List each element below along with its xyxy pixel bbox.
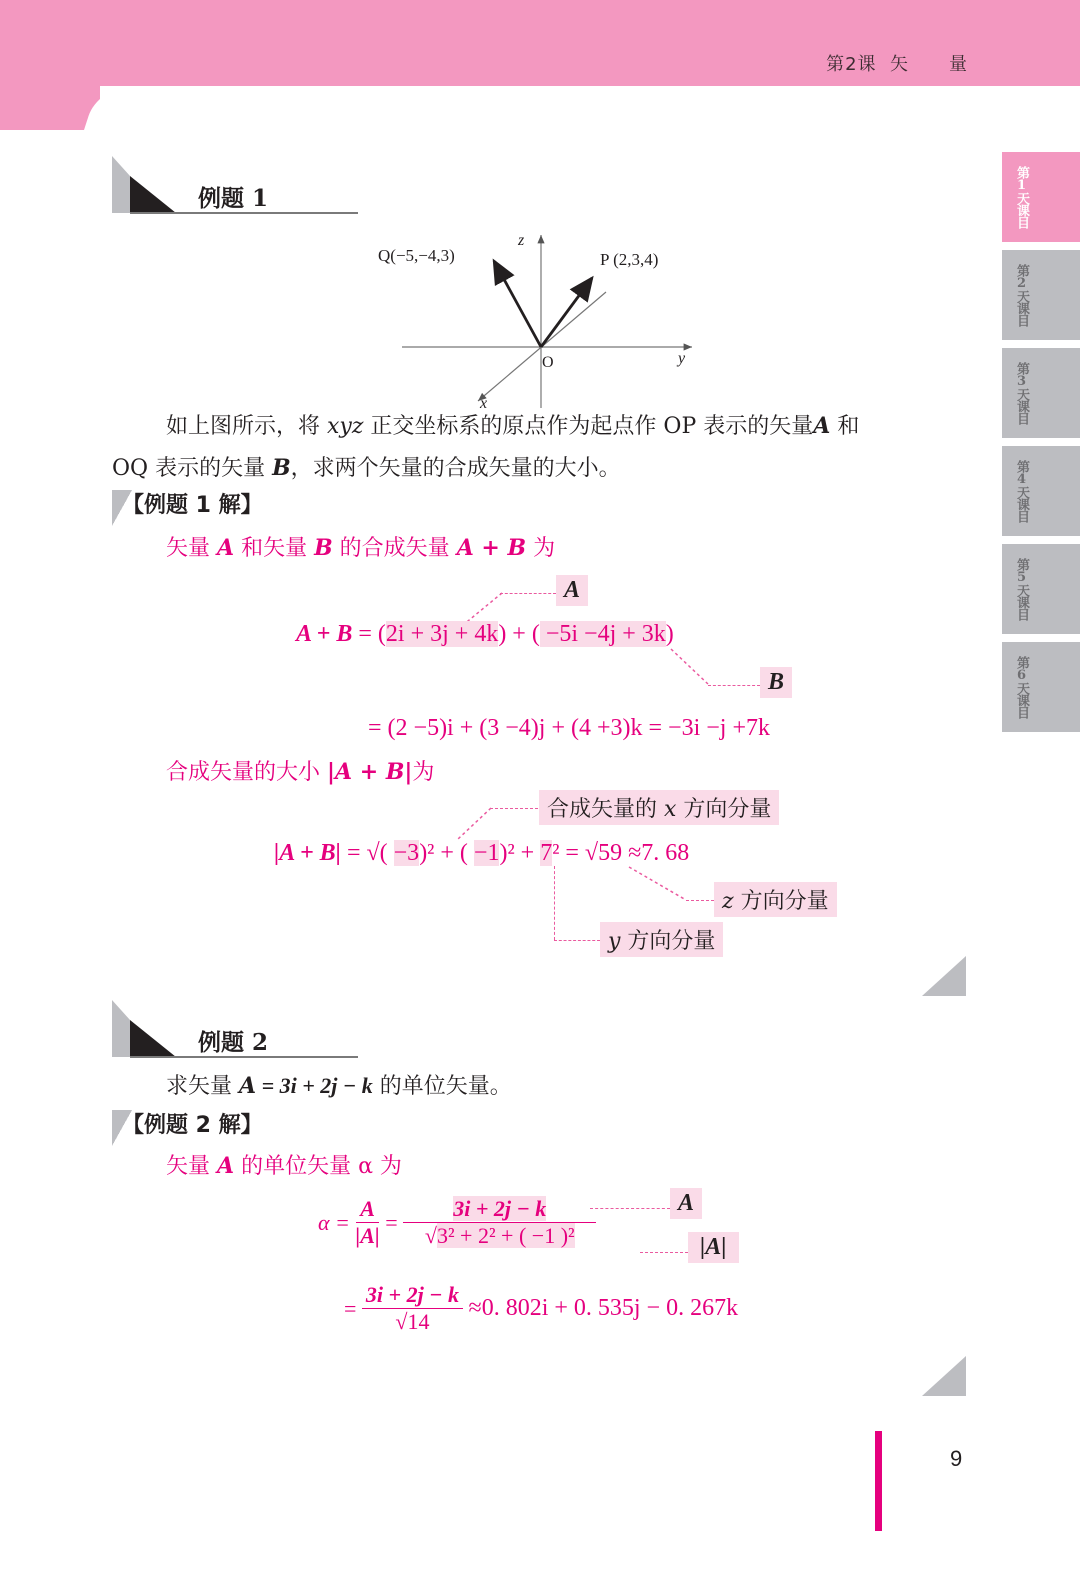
- callout-leader-diagonal: [456, 807, 492, 841]
- text: 3i + 2j − k: [362, 1282, 463, 1309]
- tab-day-3[interactable]: 第3天课目: [1002, 348, 1080, 438]
- solution-2-intro: 矢量 A 的单位矢量 α 为: [166, 1146, 402, 1187]
- text: 和: [830, 414, 859, 439]
- point-q-label: Q(−5,−4,3): [378, 246, 455, 265]
- tab-label: 第3天课目: [1014, 362, 1028, 424]
- example-2-question: 求矢量 A = 3i + 2j − k 的单位矢量。: [166, 1066, 512, 1107]
- title-char-1: 矢: [890, 54, 909, 75]
- day-tabs: 第1天课目 第2天课目 第3天课目 第4天课目 第5天课目 第6天课目: [1002, 152, 1080, 740]
- example-1-title: 例题 1: [198, 180, 268, 213]
- text: 方向分量: [734, 889, 829, 914]
- text: |A|: [355, 1223, 379, 1249]
- text: 的合成矢量: [333, 536, 457, 561]
- text: y: [608, 929, 620, 954]
- section-end-triangle-icon: [922, 1356, 966, 1396]
- text: B: [314, 535, 333, 561]
- solution-2-heading: 【例题 2 解】: [112, 1108, 312, 1148]
- text: )² +: [499, 840, 540, 866]
- text: 正交坐标系的原点作为起点作 OP 表示的矢量: [363, 414, 813, 439]
- text: = √(: [341, 840, 394, 866]
- text: 矢量: [166, 1154, 217, 1179]
- equation-sum: A + B = (2i + 3j + 4k) + ( −5i −4j + 3k): [296, 621, 674, 648]
- tab-label: 第4天课目: [1014, 460, 1028, 522]
- origin-label: O: [542, 354, 554, 371]
- heading-triangle-icon: [130, 1020, 176, 1057]
- example-1-question-line-2: OQ 表示的矢量 B，求两个矢量的合成矢量的大小。: [112, 448, 962, 489]
- section-end-triangle-icon: [922, 956, 966, 996]
- tab-day-2[interactable]: 第2天课目: [1002, 250, 1080, 340]
- page-number-bar: [875, 1431, 882, 1531]
- highlight-y-component: −1: [474, 840, 500, 866]
- callout-leader: [640, 1252, 688, 1253]
- highlight-vector-a: 3i + 2j − k: [453, 1196, 546, 1221]
- tab-label: 第1天课目: [1014, 166, 1028, 228]
- text: 的单位矢量 α 为: [234, 1154, 402, 1179]
- text: 为: [412, 760, 434, 785]
- text: x: [664, 797, 676, 822]
- callout-leader: [590, 1208, 670, 1209]
- text: z: [722, 889, 734, 914]
- text: 为: [526, 536, 555, 561]
- text: =: [385, 1210, 397, 1236]
- vector-a: A: [813, 413, 830, 439]
- text: )² + (: [419, 840, 474, 866]
- equation-expansion: = (2 −5)i + (3 −4)j + (4 +3)k = −3i −j +…: [368, 715, 770, 742]
- point-p-label: P (2,3,4): [600, 250, 658, 269]
- tab-label: 第2天课目: [1014, 264, 1028, 326]
- solution-1-intro: 矢量 A 和矢量 B 的合成矢量 A + B 为: [166, 528, 555, 569]
- title-char-2: 量: [949, 54, 968, 75]
- text: A + B: [296, 621, 352, 647]
- vector-b: B: [272, 455, 291, 481]
- highlight-vector-b: −5i −4j + 3k: [540, 621, 666, 647]
- coordinate-figure: Q(−5,−4,3) P (2,3,4) z y x O: [370, 225, 710, 410]
- text: ): [666, 621, 674, 647]
- callout-leader: [490, 808, 538, 809]
- text: A: [356, 1196, 379, 1223]
- heading-triangle-icon: [130, 176, 176, 213]
- highlight-z-component: 7: [540, 840, 552, 866]
- tab-day-6[interactable]: 第6天课目: [1002, 642, 1080, 732]
- callout-leader: [554, 866, 555, 940]
- callout-leader-diagonal: [628, 866, 688, 902]
- text: =: [344, 1296, 356, 1322]
- text: = (: [352, 621, 386, 647]
- text: 14: [408, 1308, 430, 1334]
- callout-magnitude: |A|: [688, 1232, 739, 1263]
- text: xyz: [327, 414, 363, 439]
- callout-vector-a: A: [670, 1188, 702, 1219]
- callout-z-component: z 方向分量: [714, 882, 837, 917]
- fraction: 3i + 2j − k√14: [362, 1282, 463, 1335]
- text: 合成矢量的: [547, 797, 664, 822]
- heading-bevel-icon: [112, 1000, 130, 1020]
- equation-magnitude: |A + B| = √( −3)² + ( −1)² + 7² = √59 ≈7…: [274, 840, 689, 867]
- highlight-magnitude: 3² + 2² + ( −1 )²: [437, 1222, 575, 1248]
- example-1-heading: 例题 1: [112, 156, 357, 216]
- text: 求矢量: [166, 1074, 239, 1099]
- tab-day-1[interactable]: 第1天课目: [1002, 152, 1080, 242]
- text: OQ 表示的矢量: [112, 456, 272, 481]
- callout-leader: [708, 685, 760, 686]
- heading-bevel-icon: [112, 156, 130, 176]
- lesson-number: 第2课: [826, 54, 876, 75]
- text: A: [239, 1073, 256, 1099]
- text: |A + B|: [327, 759, 412, 785]
- y-axis-label: y: [676, 350, 686, 367]
- tab-label: 第6天课目: [1014, 656, 1028, 718]
- tab-day-4[interactable]: 第4天课目: [1002, 446, 1080, 536]
- example-1-question-line-1: 如上图所示，将 xyz 正交坐标系的原点作为起点作 OP 表示的矢量A 和: [166, 406, 966, 447]
- callout-leader: [686, 900, 714, 901]
- text: 方向分量: [676, 797, 771, 822]
- text: 和矢量: [234, 536, 314, 561]
- page-number: 9: [950, 1446, 962, 1472]
- text: 合成矢量的大小: [166, 760, 327, 785]
- callout-vector-a: A: [556, 575, 588, 606]
- text: ² = √59 ≈7. 68: [552, 840, 689, 866]
- equation-unit-vector-result: = 3i + 2j − k√14 ≈0. 802i + 0. 535j − 0.…: [344, 1282, 738, 1335]
- chapter-title: 第2课 矢量: [826, 50, 968, 76]
- tab-label: 第5天课目: [1014, 558, 1028, 620]
- text: α =: [318, 1210, 350, 1236]
- example-2-heading: 例题 2: [112, 1000, 357, 1060]
- equation-unit-vector: α = A|A| = 3i + 2j − k√3² + 2² + ( −1 )²: [318, 1196, 596, 1249]
- text: ) + (: [498, 621, 540, 647]
- text: 矢量: [166, 536, 217, 561]
- callout-leader: [500, 593, 556, 594]
- example-2-title: 例题 2: [198, 1024, 268, 1057]
- fraction: A|A|: [355, 1196, 379, 1249]
- solution-1-title: 【例题 1 解】: [122, 488, 263, 519]
- text: 方向分量: [620, 929, 715, 954]
- fraction: 3i + 2j − k√3² + 2² + ( −1 )²: [403, 1196, 596, 1249]
- callout-x-component: 合成矢量的 x 方向分量: [539, 790, 779, 825]
- text: A: [217, 535, 234, 561]
- text: A: [217, 1153, 234, 1179]
- text: |A + B|: [274, 840, 341, 866]
- solution-2-title: 【例题 2 解】: [122, 1108, 263, 1139]
- callout-vector-b: B: [760, 667, 792, 698]
- callout-leader: [554, 940, 600, 941]
- text: A + B: [457, 535, 526, 561]
- solution-1-magnitude-intro: 合成矢量的大小 |A + B|为: [166, 752, 434, 793]
- text: 的单位矢量。: [373, 1074, 512, 1099]
- tab-day-5[interactable]: 第5天课目: [1002, 544, 1080, 634]
- text: ≈0. 802i + 0. 535j − 0. 267k: [469, 1295, 739, 1322]
- text: 如上图所示，将: [166, 414, 327, 439]
- solution-1-heading: 【例题 1 解】: [112, 488, 312, 528]
- z-axis-label: z: [517, 232, 525, 249]
- text: = 3i + 2j − k: [256, 1073, 373, 1098]
- text: ，求两个矢量的合成矢量的大小。: [291, 456, 621, 481]
- highlight-x-component: −3: [394, 840, 420, 866]
- callout-leader-diagonal: [670, 648, 710, 686]
- highlight-vector-a: 2i + 3j + 4k: [386, 621, 498, 647]
- callout-y-component: y 方向分量: [600, 922, 723, 957]
